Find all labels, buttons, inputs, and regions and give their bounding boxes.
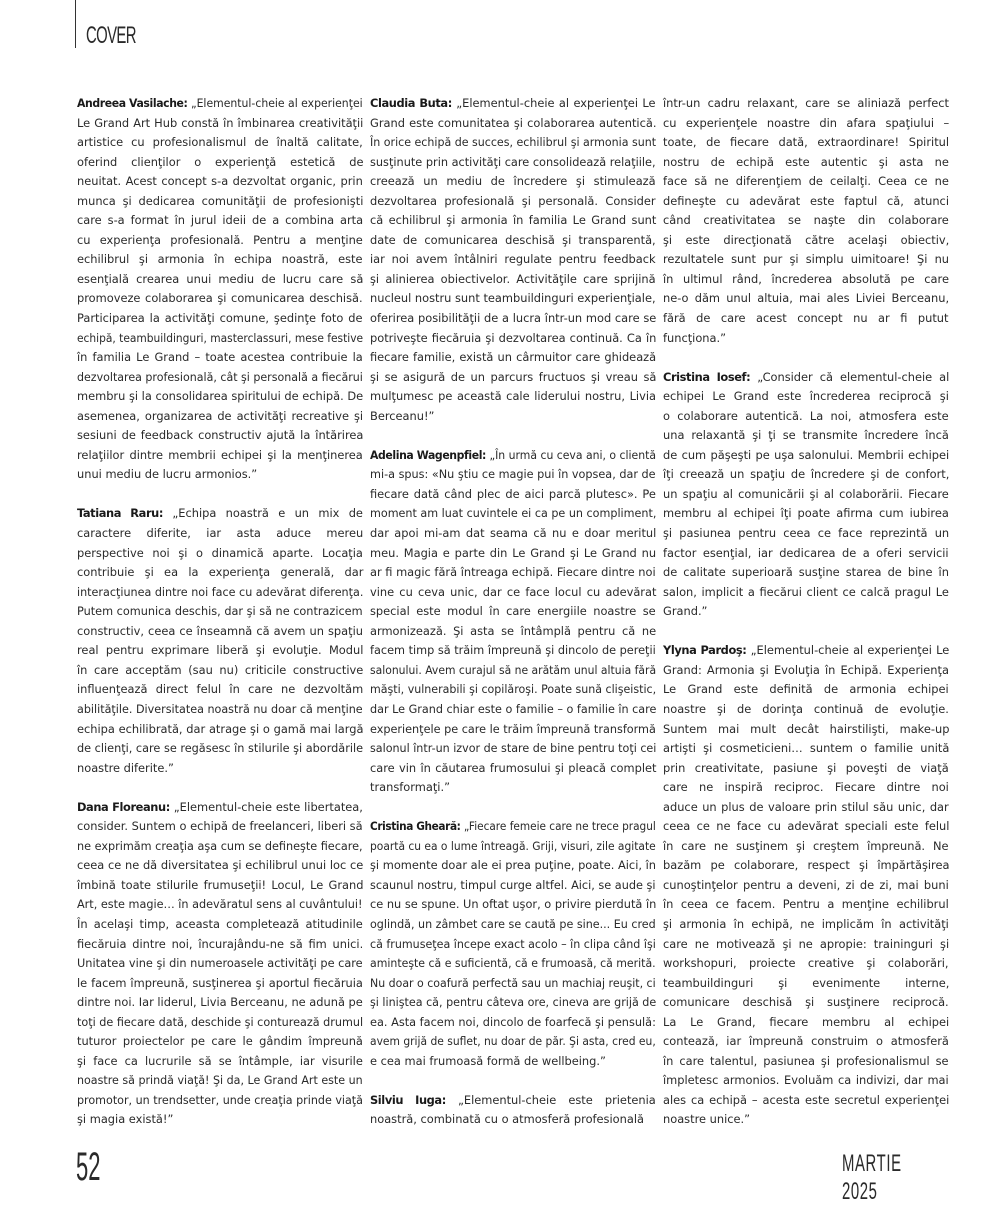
text-line: Cristina Gheară: „Fiecare femeie care ne…	[370, 817, 656, 837]
quote-text: Grand.”	[663, 604, 707, 618]
text-line: oferind clienţilor o experienţă estetică…	[77, 153, 363, 173]
quote-text: Putem comunica deschis, dar şi să ne con…	[77, 604, 363, 618]
quote-text: „Elementul-cheie al experienţei Le	[746, 643, 949, 657]
text-line: e cea mai frumoasă formă de wellbeing.”	[370, 1052, 656, 1072]
text-line: salon, implicit a fiecărui client ce cal…	[663, 583, 949, 603]
quote-text: consider. Suntem o echipă de freelanceri…	[77, 819, 363, 833]
speaker-name: Dana Floreanu:	[77, 800, 170, 814]
text-line: noastre să prindă viaţă! Şi da, Le Grand…	[77, 1071, 363, 1091]
quote-text: potriveşte fiecăruia şi dezvoltarea cont…	[370, 331, 656, 345]
quote-text: le facem împreună, susţinerea şi aportul…	[77, 976, 363, 990]
text-line: potriveşte fiecăruia şi dezvoltarea cont…	[370, 329, 656, 349]
text-line: comunicare deschisă şi susţinere recipro…	[663, 993, 949, 1013]
quote-text: salonului. Avem curajul să ne arătăm unu…	[370, 663, 656, 677]
quote-text: moment am luat cuvintele ei ca pe un com…	[370, 506, 656, 520]
text-line: noastre unice.”	[663, 1110, 949, 1130]
quote-text: ar fi magic fără întreaga echipă. Fiecar…	[370, 565, 656, 579]
text-column-3: într-un cadru relaxant, care se aliniază…	[663, 94, 949, 1150]
quote-text: împletesc armonios. Evoluăm ca indivizi,…	[663, 1073, 949, 1087]
text-line: echipa echilibrată, dar atrage şi o gamă…	[77, 720, 363, 740]
quote-text: membru şi la consolidarea spiritului de …	[77, 389, 363, 403]
text-column-2: Claudia Buta: „Elementul-cheie al experi…	[370, 94, 656, 1150]
quote-text: şi momente doar ale ei prea puţine, poat…	[370, 858, 656, 872]
text-line: şi pasiunea pentru ceea ce face reprezin…	[663, 524, 949, 544]
text-line: special este modul în care energiile noa…	[370, 602, 656, 622]
testimonial-paragraph: Dana Floreanu: „Elementul-cheie este lib…	[77, 798, 363, 1130]
quote-text: ceea ce ne face cu adevărat speciali est…	[663, 819, 949, 833]
quote-text: şi armonia în echipă, ne implicăm în act…	[663, 917, 949, 931]
quote-text: noastră, combinată cu o atmosferă profes…	[370, 1112, 644, 1126]
quote-text: cu experienţele noastre din afara spaţiu…	[663, 116, 949, 130]
text-line: dar Le Grand chiar este o familie – o fa…	[370, 700, 656, 720]
text-line: armonizează. Şi asta se întâmplă pentru …	[370, 622, 656, 642]
text-line: îţi creează un spaţiu de încredere şi de…	[663, 465, 949, 485]
quote-text: rezultatele sunt pur şi simplu uimitoare…	[663, 252, 949, 266]
quote-text: Grand este comunitatea şi colaborarea au…	[370, 116, 656, 130]
quote-text: „Fiecare femeie care ne trece pragul	[461, 819, 656, 833]
quote-text: fără de care acest concept nu ar fi putu…	[663, 311, 949, 325]
quote-text: influenţează direct felul în care ne dez…	[77, 682, 363, 696]
quote-text: Art, este magie… în adevăratul sens al c…	[77, 897, 363, 911]
quote-text: avem grijă de suflet, nu doar de păr. Şi…	[370, 1034, 656, 1048]
quote-text: scaunul nostru, timpul curge altfel. Aic…	[370, 878, 656, 892]
text-line: Adelina Wagenpfiel: „În urmă cu ceva ani…	[370, 446, 656, 466]
text-line: iar noi avem întâlniri regulate pentru f…	[370, 250, 656, 270]
quote-text: Nu doar o coafură perfectă sau un machia…	[370, 976, 656, 990]
quote-text: toate, de fiecare dată, extraordinare! S…	[663, 135, 949, 149]
text-line: că echilibrul şi armonia în familia Le G…	[370, 211, 656, 231]
quote-text: meu. Magia e parte din Le Grand şi Le Gr…	[370, 546, 656, 560]
text-line: într-un cadru relaxant, care se aliniază…	[663, 94, 949, 114]
quote-text: membru al echipei îţi poate afirma cum i…	[663, 506, 949, 520]
quote-text: poartă cu ea o lume întreagă. Griji, vis…	[370, 839, 656, 853]
text-line: care ne inspiră reciproc. Fiecare dintre…	[663, 778, 949, 798]
text-line: susţinute prin activităţi care consolide…	[370, 153, 656, 173]
quote-text: ea. Asta facem noi, dincolo de foarfecă …	[370, 1015, 656, 1029]
text-line: şi liniştea că, pentru câteva ore, cinev…	[370, 993, 656, 1013]
quote-text: aduce un plus de valoare prin stilul său…	[663, 800, 949, 814]
quote-text: La Le Grand, fiecare membru al echipei	[663, 1015, 949, 1029]
quote-text: Participarea la activităţi comune, şedin…	[77, 311, 363, 325]
quote-text: experienţele pe care le trăim împreună t…	[370, 722, 656, 736]
text-line: mi-a spus: «Nu ştiu ce magie pui în vops…	[370, 465, 656, 485]
text-line: Participarea la activităţi comune, şedin…	[77, 309, 363, 329]
quote-text: relaţiilor dintre membrii echipei şi la …	[77, 448, 363, 462]
quote-text: echilibrul şi armonia în echipa noastră,…	[77, 252, 363, 266]
text-line: echipei Le Grand este încrederea recipro…	[663, 387, 949, 407]
quote-text: în care talentul, pasiunea şi profesiona…	[663, 1054, 949, 1068]
text-line: de cum păşeşti pe uşa salonului. Membrii…	[663, 446, 949, 466]
quote-text: de cum păşeşti pe uşa salonului. Membrii…	[663, 448, 949, 462]
quote-text: o colaborare autentică. La noi, atmosfer…	[663, 409, 949, 423]
speaker-name: Ylyna Pardoş:	[663, 643, 746, 657]
text-line: dezvoltarea profesională şi personală. C…	[370, 192, 656, 212]
text-line: Silviu Iuga: „Elementul-cheie este priet…	[370, 1091, 656, 1111]
testimonial-paragraph: Claudia Buta: „Elementul-cheie al experi…	[370, 94, 656, 426]
testimonial-paragraph: Cristina Gheară: „Fiecare femeie care ne…	[370, 817, 656, 1071]
text-line: Grand.”	[663, 602, 949, 622]
text-line: date de comunicarea deschisă şi transpar…	[370, 231, 656, 251]
quote-text: „Elementul-cheie este libertatea,	[170, 800, 363, 814]
quote-text: contribuie şi ea la experienţa generală,…	[77, 565, 363, 579]
quote-text: „Consider că elementul-cheie al	[750, 370, 949, 384]
quote-text: Le Grand Art Hub constă în îmbinarea cre…	[77, 116, 363, 130]
section-label: COVER	[86, 22, 136, 50]
text-line: ce nu se spune. Un oftat uşor, o privire…	[370, 895, 656, 915]
speaker-name: Silviu Iuga:	[370, 1093, 446, 1107]
text-line: consider. Suntem o echipă de freelanceri…	[77, 817, 363, 837]
text-line: scaunul nostru, timpul curge altfel. Aic…	[370, 876, 656, 896]
quote-text: salonul într-un izvor de stare de bine p…	[370, 741, 656, 755]
quote-text: asemenea, organizarea de activităţi recr…	[77, 409, 363, 423]
quote-text: în care ne susţinem şi creştem împreună.…	[663, 839, 949, 853]
text-line: ne exprimăm creaţia aşa cum se defineşte…	[77, 837, 363, 857]
text-line: Ylyna Pardoş: „Elementul-cheie al experi…	[663, 641, 949, 661]
text-line: prin creativitate, pasiune şi poveşti de…	[663, 759, 949, 779]
text-line: moment am luat cuvintele ei ca pe un com…	[370, 504, 656, 524]
quote-text: real pentru exprimare liberă şi evoluţie…	[77, 643, 363, 657]
text-line: Putem comunica deschis, dar şi să ne con…	[77, 602, 363, 622]
text-line: abilităţile. Diversitatea noastră nu doa…	[77, 700, 363, 720]
text-line: fiecare dată când plec de aici parcă plu…	[370, 485, 656, 505]
text-line: nucleul nostru sunt teambuildinguri expe…	[370, 289, 656, 309]
text-line: o colaborare autentică. La noi, atmosfer…	[663, 407, 949, 427]
text-line: ceea ce ne dă diversitatea şi echilibrul…	[77, 856, 363, 876]
quote-text: măşti, vulnerabili şi copilăroşi. Poate …	[370, 682, 656, 696]
quote-text: noastre şi de dorinţa continuă de evoluţ…	[663, 702, 949, 716]
text-line: experienţele pe care le trăim împreună t…	[370, 720, 656, 740]
text-line: Tatiana Raru: „Echipa noastră e un mix d…	[77, 504, 363, 524]
text-line: noastră, combinată cu o atmosferă profes…	[370, 1110, 656, 1130]
text-line: ar fi magic fără întreaga echipă. Fiecar…	[370, 563, 656, 583]
quote-text: Suntem mai mult decât hairstilişti, make…	[663, 722, 949, 736]
quote-text: armonizează. Şi asta se întâmplă pentru …	[370, 624, 656, 638]
text-line: un spaţiu al comunicării şi al colaborăr…	[663, 485, 949, 505]
text-line: bazăm pe colaborare, respect şi împărtăş…	[663, 856, 949, 876]
quote-text: comunicare deschisă şi susţinere recipro…	[663, 995, 949, 1009]
quote-text: promoveze colaborarea şi comunicarea des…	[77, 291, 363, 305]
text-line: face să ne diferenţiem de ceilalţi. Ceea…	[663, 172, 949, 192]
quote-text: nostru de echipă este autentic şi asta n…	[663, 155, 949, 169]
testimonial-paragraph: Silviu Iuga: „Elementul-cheie este priet…	[370, 1091, 656, 1130]
text-line: echipă, teambuildinguri, masterclassuri,…	[77, 329, 363, 349]
quote-text: dar Le Grand chiar este o familie – o fa…	[370, 702, 656, 716]
testimonial-paragraph: Andreea Vasilache: „Elementul-cheie al e…	[77, 94, 363, 485]
text-line: În orice echipă de succes, echilibrul şi…	[370, 133, 656, 153]
text-line: perspective noi şi o dinamică aparte. Lo…	[77, 544, 363, 564]
quote-text: echipă, teambuildinguri, masterclassuri,…	[77, 331, 363, 345]
text-line: toate, de fiecare dată, extraordinare! S…	[663, 133, 949, 153]
quote-text: oferirea posibilităţii de a lucra într-u…	[370, 311, 656, 325]
quote-text: munca şi dedicarea comunităţii de profes…	[77, 194, 363, 208]
text-line: ne-o dăm unul altuia, mai ales Liviei Be…	[663, 289, 949, 309]
text-line: şi alinierea obiectivelor. Activităţile …	[370, 270, 656, 290]
quote-text: constructiv, ceea ce înseamnă că avem un…	[77, 624, 363, 638]
text-line: avem grijă de suflet, nu doar de păr. Şi…	[370, 1032, 656, 1052]
text-line: le facem împreună, susţinerea şi aportul…	[77, 974, 363, 994]
text-line: ceea ce ne face cu adevărat speciali est…	[663, 817, 949, 837]
speaker-name: Andreea Vasilache:	[77, 96, 187, 110]
quote-text: „Elementul-cheie este prietenia	[446, 1093, 656, 1107]
text-line: munca şi dedicarea comunităţii de profes…	[77, 192, 363, 212]
quote-text: într-un cadru relaxant, care se aliniază…	[663, 96, 949, 110]
quote-text: şi face ca lucrurile să se întâmple, iar…	[77, 1054, 363, 1068]
text-line: de calitate superioară susţine starea de…	[663, 563, 949, 583]
text-line: ea. Asta facem noi, dincolo de foarfecă …	[370, 1013, 656, 1033]
quote-text: ceea ce ne dă diversitatea şi echilibrul…	[77, 858, 363, 872]
quote-text: esenţială crearea unui mediu de lucru ca…	[77, 272, 363, 286]
text-line: şi face ca lucrurile să se întâmple, iar…	[77, 1052, 363, 1072]
quote-text: noastre unice.”	[663, 1112, 750, 1126]
text-line: Nu doar o coafură perfectă sau un machia…	[370, 974, 656, 994]
quote-text: oferind clienţilor o experienţă estetică…	[77, 155, 363, 169]
quote-text: echipa echilibrată, dar atrage şi o gamă…	[77, 722, 363, 736]
text-line: esenţială crearea unui mediu de lucru ca…	[77, 270, 363, 290]
quote-text: vine cu ceva unic, dar ce face locul cu …	[370, 585, 656, 599]
text-line: În acelaşi timp, aceasta completează ati…	[77, 915, 363, 935]
quote-text: contează, iar împreună construim o atmos…	[663, 1034, 949, 1048]
text-line: Art, este magie… în adevăratul sens al c…	[77, 895, 363, 915]
section-divider-bar	[75, 0, 76, 48]
quote-text: mulţumesc pe această cale liderului nost…	[370, 389, 656, 403]
quote-text: Berceanu!”	[370, 409, 434, 423]
text-column-1: Andreea Vasilache: „Elementul-cheie al e…	[77, 94, 363, 1150]
text-line: relaţiilor dintre membrii echipei şi la …	[77, 446, 363, 466]
text-line: cu experienţa profesională. Pentru a men…	[77, 231, 363, 251]
text-line: în care talentul, pasiunea şi profesiona…	[663, 1052, 949, 1072]
speaker-name: Claudia Buta:	[370, 96, 452, 110]
testimonial-paragraph: într-un cadru relaxant, care se aliniază…	[663, 94, 949, 348]
quote-text: îmbină toate stilurile frumuseţii! Locul…	[77, 878, 363, 892]
quote-text: face să ne diferenţiem de ceilalţi. Ceea…	[663, 174, 949, 188]
quote-text: un spaţiu al comunicării şi al colaborăr…	[663, 487, 949, 501]
quote-text: transformaţi.”	[370, 780, 450, 794]
text-line: promoveze colaborarea şi comunicarea des…	[77, 289, 363, 309]
text-line: îmbină toate stilurile frumuseţii! Locul…	[77, 876, 363, 896]
text-line: influenţează direct felul în care ne dez…	[77, 680, 363, 700]
text-line: una relaxantă şi ţi se transmite încrede…	[663, 426, 949, 446]
text-line: Grand este comunitatea şi colaborarea au…	[370, 114, 656, 134]
quote-text: şi liniştea că, pentru câteva ore, cinev…	[370, 995, 656, 1009]
text-line: meu. Magia e parte din Le Grand şi Le Gr…	[370, 544, 656, 564]
text-line: aduce un plus de valoare prin stilul său…	[663, 798, 949, 818]
text-line: fiecăruia dintre noi, încurajându-ne să …	[77, 935, 363, 955]
text-line: care vin în căutarea frumosului şi pleac…	[370, 759, 656, 779]
quote-text: că frumuseţea începe exact acolo – în cl…	[370, 937, 656, 951]
quote-text: workshopuri, proiecte creative şi colabo…	[663, 956, 949, 970]
quote-text: sesiuni de feedback constructiv ajută la…	[77, 428, 363, 442]
text-line: factor esenţial, iar dedicarea de a ofer…	[663, 544, 949, 564]
quote-text: factor esenţial, iar dedicarea de a ofer…	[663, 546, 949, 560]
text-line: Berceanu!”	[370, 407, 656, 427]
quote-text: În orice echipă de succes, echilibrul şi…	[370, 135, 656, 149]
text-line: facem timp să trăim împreună şi dincolo …	[370, 641, 656, 661]
testimonial-paragraph: Adelina Wagenpfiel: „În urmă cu ceva ani…	[370, 446, 656, 798]
text-line: aminteşte că e suficientă, că e frumoasă…	[370, 954, 656, 974]
text-line: ales ca echipă – acesta este secretul ex…	[663, 1091, 949, 1111]
quote-text: artişti şi cosmeticieni… suntem o famili…	[663, 741, 949, 755]
quote-text: susţinute prin activităţi care consolide…	[370, 155, 656, 169]
quote-text: defineşte cu adevărat este faptul că, at…	[663, 194, 949, 208]
text-line: dezvoltarea profesională, cât şi persona…	[77, 368, 363, 388]
quote-text: nucleul nostru sunt teambuildinguri expe…	[370, 291, 656, 305]
quote-text: care s-a format în jurul ideii de a comb…	[77, 213, 363, 227]
testimonial-paragraph: Cristina Iosef: „Consider că elementul-c…	[663, 368, 949, 622]
text-line: neuitat. Acest concept s-a dezvoltat org…	[77, 172, 363, 192]
text-line: membru şi la consolidarea spiritului de …	[77, 387, 363, 407]
text-line: dintre noi. Iar liderul, Livia Berceanu,…	[77, 993, 363, 1013]
text-line: în familia Le Grand – toate acestea cont…	[77, 348, 363, 368]
text-line: şi magia există!”	[77, 1110, 363, 1130]
quote-text: caractere diferite, iar asta aduce mereu	[77, 526, 363, 540]
text-line: asemenea, organizarea de activităţi recr…	[77, 407, 363, 427]
quote-text: dezvoltarea profesională şi personală. C…	[370, 194, 656, 208]
speaker-name: Adelina Wagenpfiel:	[370, 448, 486, 462]
quote-text: îţi creează un spaţiu de încredere şi de…	[663, 467, 949, 481]
text-line: artişti şi cosmeticieni… suntem o famili…	[663, 739, 949, 759]
quote-text: bazăm pe colaborare, respect şi împărtăş…	[663, 858, 949, 872]
quote-text: funcţiona.”	[663, 331, 726, 345]
quote-text: facem timp să trăim împreună şi dincolo …	[370, 643, 656, 657]
text-line: când creativitatea se naşte din colabora…	[663, 211, 949, 231]
text-line: Le Grand Art Hub constă în îmbinarea cre…	[77, 114, 363, 134]
text-line: Dana Floreanu: „Elementul-cheie este lib…	[77, 798, 363, 818]
quote-text: date de comunicarea deschisă şi transpar…	[370, 233, 656, 247]
text-line: membru al echipei îţi poate afirma cum i…	[663, 504, 949, 524]
quote-text: cu experienţa profesională. Pentru a men…	[77, 233, 363, 247]
quote-text: în ceea ce facem. Pentru a menţine echil…	[663, 897, 949, 911]
quote-text: interacţiunea dintre noi face cu adevăra…	[77, 585, 363, 599]
quote-text: ne-o dăm unul altuia, mai ales Liviei Be…	[663, 291, 949, 305]
text-line: cunoştinţelor pentru a deveni, zi de zi,…	[663, 876, 949, 896]
quote-text: unui mediu de lucru armonios.”	[77, 467, 257, 481]
text-line: poartă cu ea o lume întreagă. Griji, vis…	[370, 837, 656, 857]
quote-text: „Elementul-cheie al experienţei Le	[452, 96, 656, 110]
text-line: Suntem mai mult decât hairstilişti, make…	[663, 720, 949, 740]
quote-text: mi-a spus: «Nu ştiu ce magie pui în vops…	[370, 467, 656, 481]
quote-text: fiecare dată când plec de aici parcă plu…	[370, 487, 656, 501]
text-line: de clienţi, care se regăsesc în stiluril…	[77, 739, 363, 759]
quote-text: promotor, un trendsetter, unde creaţia p…	[77, 1093, 363, 1107]
text-line: transformaţi.”	[370, 778, 656, 798]
quote-text: dezvoltarea profesională, cât şi persona…	[77, 370, 363, 384]
speaker-name: Cristina Iosef:	[663, 370, 750, 384]
quote-text: tuturor proiectelor pe care le gândim îm…	[77, 1034, 363, 1048]
text-line: Le Grand este definită de armonia echipe…	[663, 680, 949, 700]
text-line: interacţiunea dintre noi face cu adevăra…	[77, 583, 363, 603]
quote-text: echipei Le Grand este încrederea recipro…	[663, 389, 949, 403]
quote-text: special este modul în care energiile noa…	[370, 604, 656, 618]
quote-text: teambuildinguri şi evenimente interne,	[663, 976, 949, 990]
quote-text: şi pasiunea pentru ceea ce face reprezin…	[663, 526, 949, 540]
quote-text: şi este direcţionată către acelaşi obiec…	[663, 233, 949, 247]
text-line: Cristina Iosef: „Consider că elementul-c…	[663, 368, 949, 388]
page-number: 52	[76, 1145, 100, 1190]
text-line: promotor, un trendsetter, unde creaţia p…	[77, 1091, 363, 1111]
quote-text: dar apoi mi-am dat seama că nu e doar me…	[370, 526, 656, 540]
text-line: nostru de echipă este autentic şi asta n…	[663, 153, 949, 173]
quote-text: „În urmă cu ceva ani, o clientă	[486, 448, 656, 462]
quote-text: Unitatea vine şi din numeroasele activit…	[77, 956, 363, 970]
quote-text: perspective noi şi o dinamică aparte. Lo…	[77, 546, 363, 560]
text-line: care ne motivează şi ne apropie: trainin…	[663, 935, 949, 955]
quote-text: „Elementul-cheie al experienţei	[187, 96, 362, 110]
quote-text: e cea mai frumoasă formă de wellbeing.”	[370, 1054, 606, 1068]
text-line: teambuildinguri şi evenimente interne,	[663, 974, 949, 994]
quote-text: una relaxantă şi ţi se transmite încrede…	[663, 428, 949, 442]
quote-text: cunoştinţelor pentru a deveni, zi de zi,…	[663, 878, 949, 892]
quote-text: în ultimul rând, încrederea absolută pe …	[663, 272, 949, 286]
text-line: salonul într-un izvor de stare de bine p…	[370, 739, 656, 759]
quote-text: ce nu se spune. Un oftat uşor, o privire…	[370, 897, 656, 911]
quote-text: în familia Le Grand – toate acestea cont…	[77, 350, 363, 364]
speaker-name: Cristina Gheară:	[370, 819, 461, 833]
quote-text: artistice cu profesionalismul de înaltă …	[77, 135, 363, 149]
quote-text: în care acceptăm (sau nu) criticile cons…	[77, 663, 363, 677]
quote-text: când creativitatea se naşte din colabora…	[663, 213, 949, 227]
quote-text: abilităţile. Diversitatea noastră nu doa…	[77, 702, 363, 716]
text-line: contează, iar împreună construim o atmos…	[663, 1032, 949, 1052]
text-line: Andreea Vasilache: „Elementul-cheie al e…	[77, 94, 363, 114]
quote-text: iar noi avem întâlniri regulate pentru f…	[370, 252, 656, 266]
text-line: tuturor proiectelor pe care le gândim îm…	[77, 1032, 363, 1052]
quote-text: ales ca echipă – acesta este secretul ex…	[663, 1093, 949, 1107]
text-line: defineşte cu adevărat este faptul că, at…	[663, 192, 949, 212]
quote-text: ne exprimăm creaţia aşa cum se defineşte…	[77, 839, 363, 853]
text-line: şi momente doar ale ei prea puţine, poat…	[370, 856, 656, 876]
text-line: dar apoi mi-am dat seama că nu e doar me…	[370, 524, 656, 544]
text-line: şi se asigură de un parcurs fructuos şi …	[370, 368, 656, 388]
text-line: creează un mediu de încredere şi stimule…	[370, 172, 656, 192]
quote-text: care ne motivează şi ne apropie: trainin…	[663, 937, 949, 951]
quote-text: că echilibrul şi armonia în familia Le G…	[370, 213, 656, 227]
text-line: rezultatele sunt pur şi simplu uimitoare…	[663, 250, 949, 270]
quote-text: neuitat. Acest concept s-a dezvoltat org…	[77, 174, 363, 188]
quote-text: toţi de fiecare dată, deschide şi contur…	[77, 1015, 363, 1029]
quote-text: Le Grand este definită de armonia echipe…	[663, 682, 949, 696]
text-line: noastre diferite.”	[77, 759, 363, 779]
issue-date: MARTIE 2025	[842, 1150, 939, 1206]
text-line: unui mediu de lucru armonios.”	[77, 465, 363, 485]
text-line: Claudia Buta: „Elementul-cheie al experi…	[370, 94, 656, 114]
quote-text: dintre noi. Iar liderul, Livia Berceanu,…	[77, 995, 363, 1009]
quote-text: oglindă, un zâmbet care se caută pe sine…	[370, 917, 656, 931]
text-line: Unitatea vine şi din numeroasele activit…	[77, 954, 363, 974]
text-line: sesiuni de feedback constructiv ajută la…	[77, 426, 363, 446]
text-line: fiecare familie, există un cârmuitor car…	[370, 348, 656, 368]
quote-text: fiecăruia dintre noi, încurajându-ne să …	[77, 937, 363, 951]
text-line: echilibrul şi armonia în echipa noastră,…	[77, 250, 363, 270]
text-line: în care ne susţinem şi creştem împreună.…	[663, 837, 949, 857]
quote-text: de clienţi, care se regăsesc în stiluril…	[77, 741, 363, 755]
quote-text: „Echipa noastră e un mix de	[163, 506, 363, 520]
text-line: salonului. Avem curajul să ne arătăm unu…	[370, 661, 656, 681]
quote-text: care vin în căutarea frumosului şi pleac…	[370, 761, 656, 775]
speaker-name: Tatiana Raru:	[77, 506, 163, 520]
text-line: împletesc armonios. Evoluăm ca indivizi,…	[663, 1071, 949, 1091]
quote-text: salon, implicit a fiecărui client ce cal…	[663, 585, 949, 599]
text-line: contribuie şi ea la experienţa generală,…	[77, 563, 363, 583]
text-line: oglindă, un zâmbet care se caută pe sine…	[370, 915, 656, 935]
quote-text: prin creativitate, pasiune şi poveşti de…	[663, 761, 949, 775]
quote-text: creează un mediu de încredere şi stimule…	[370, 174, 656, 188]
text-line: că frumuseţea începe exact acolo – în cl…	[370, 935, 656, 955]
text-line: fără de care acest concept nu ar fi putu…	[663, 309, 949, 329]
text-line: vine cu ceva unic, dar ce face locul cu …	[370, 583, 656, 603]
quote-text: aminteşte că e suficientă, că e frumoasă…	[370, 956, 656, 970]
text-line: workshopuri, proiecte creative şi colabo…	[663, 954, 949, 974]
text-line: cu experienţele noastre din afara spaţiu…	[663, 114, 949, 134]
